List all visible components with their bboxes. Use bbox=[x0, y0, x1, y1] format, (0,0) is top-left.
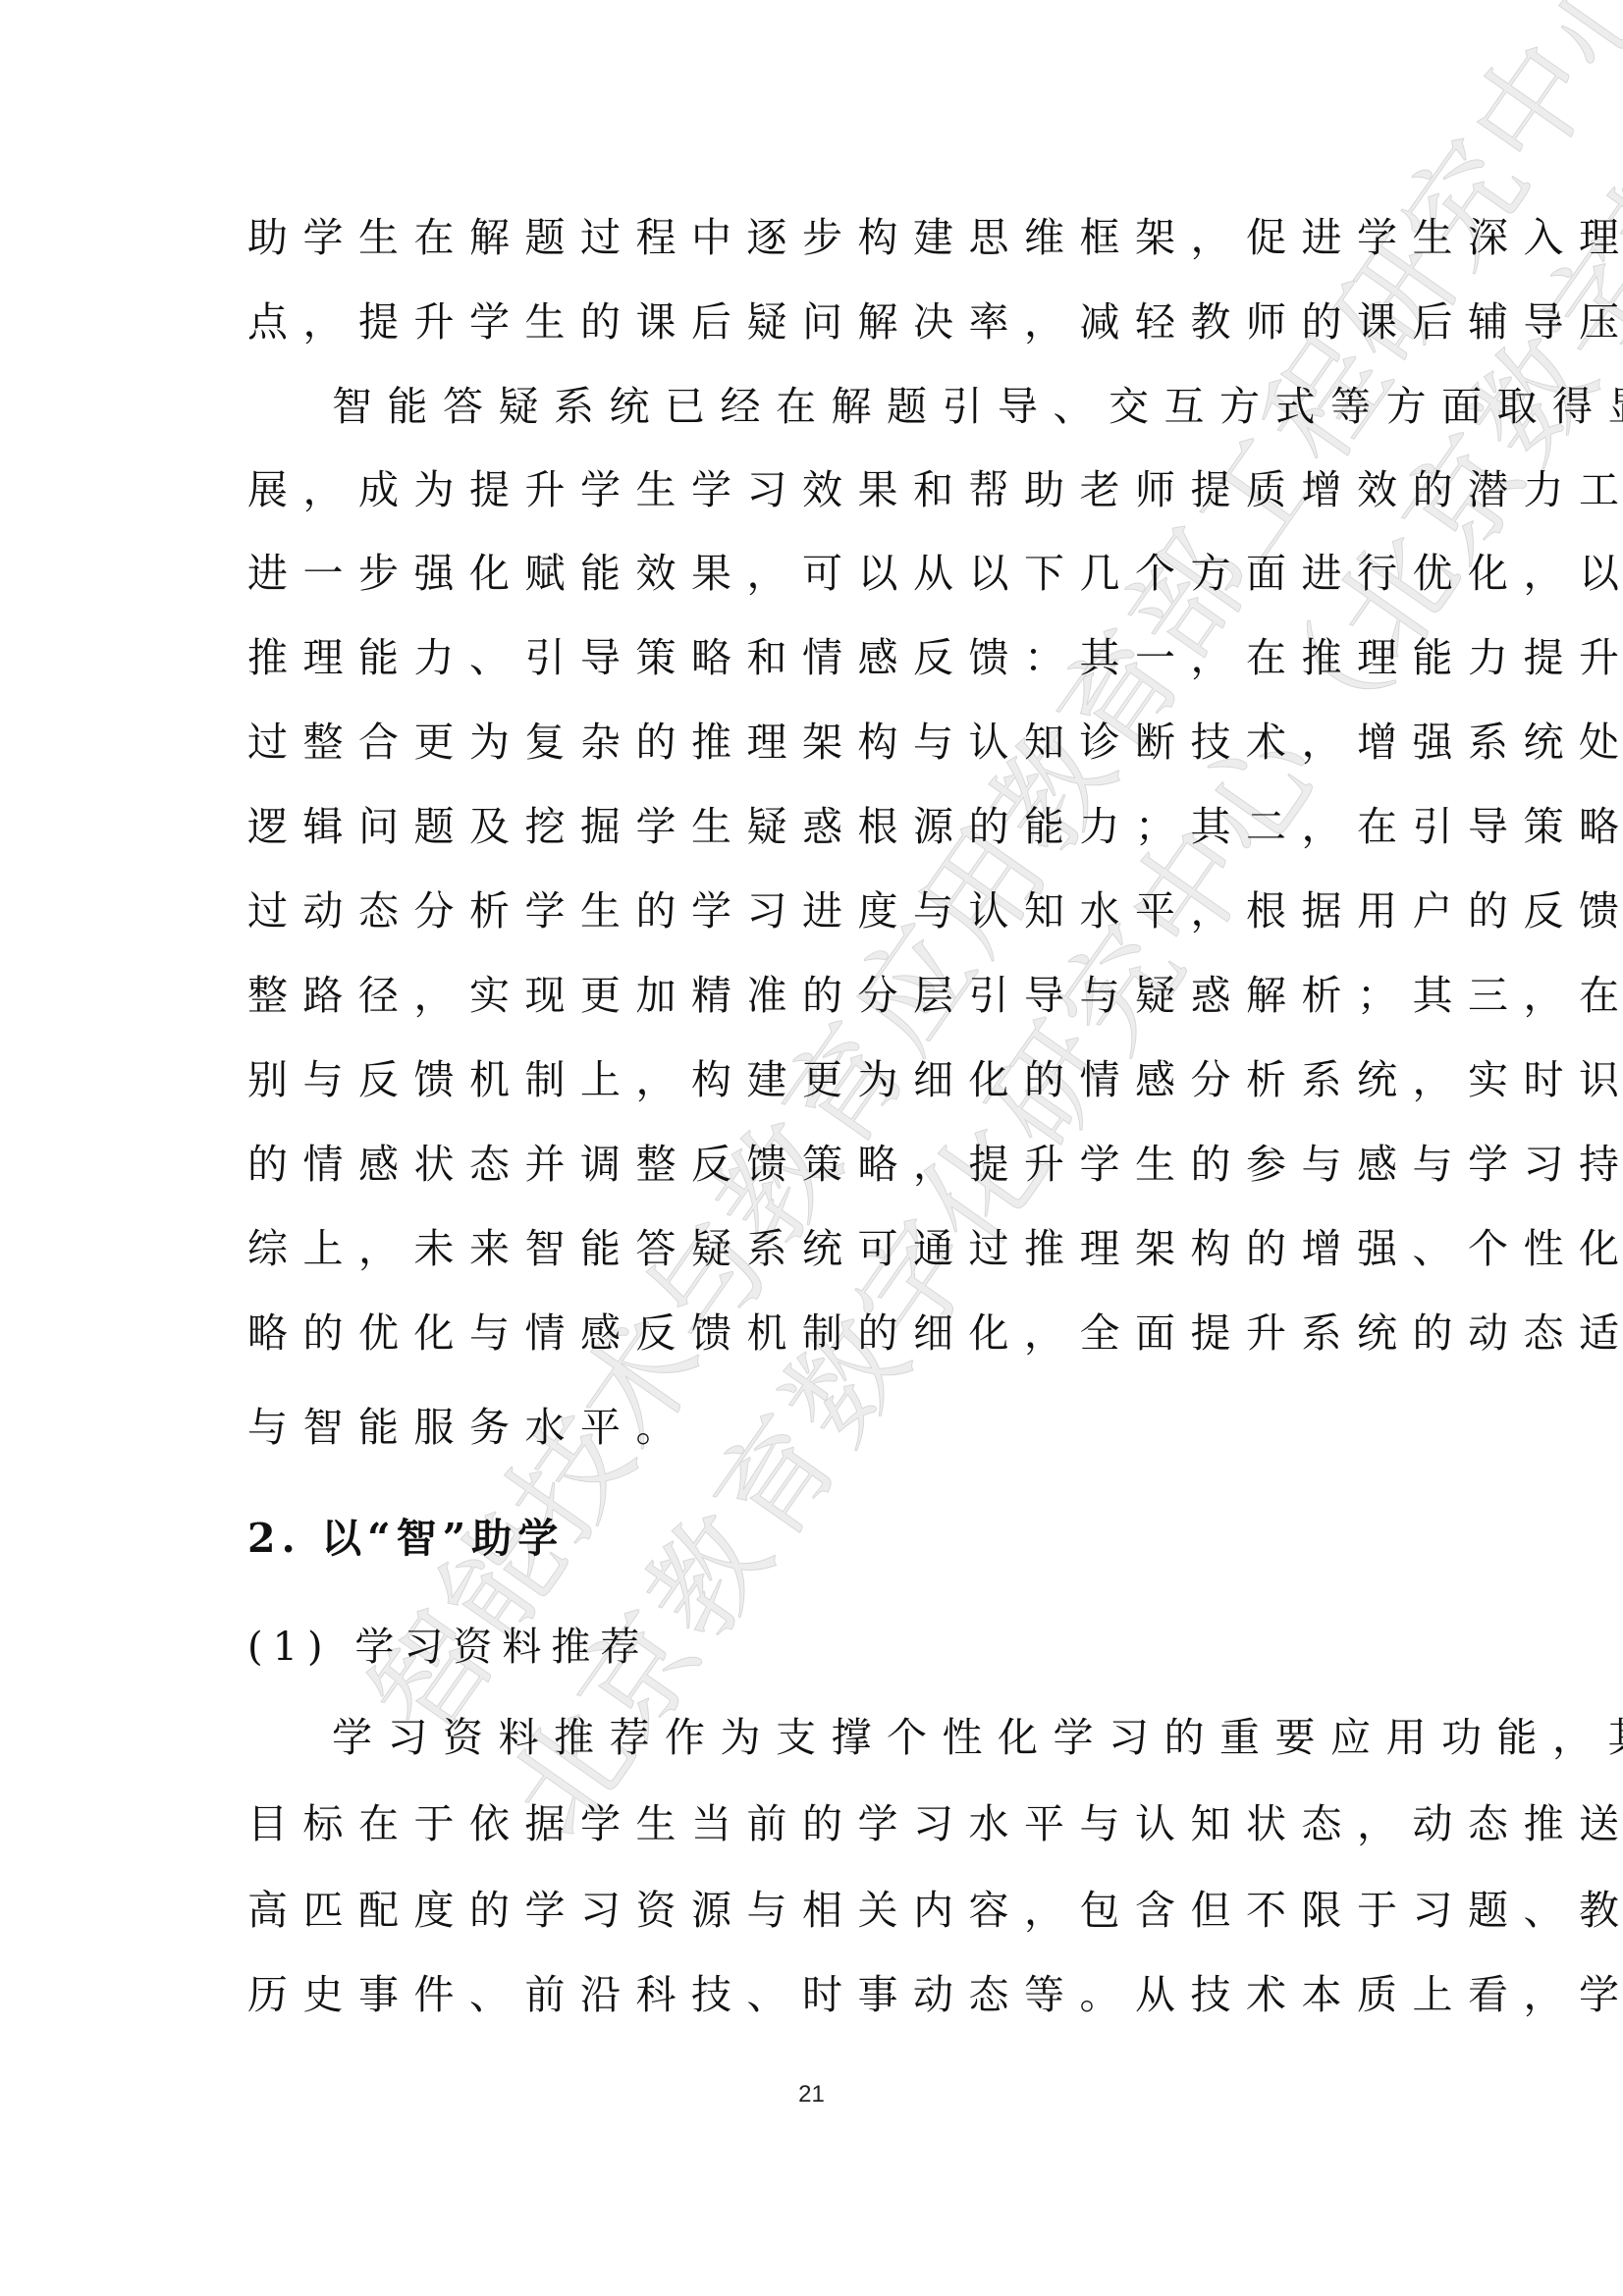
body-line: 高匹配度的学习资源与相关内容，包含但不限于习题、教学视频、 bbox=[247, 1867, 1386, 1953]
paragraph-start-line: 学习资料推荐作为支撑个性化学习的重要应用功能，其核心 bbox=[332, 1694, 1471, 1781]
body-line: 进一步强化赋能效果，可以从以下几个方面进行优化，以增强其 bbox=[247, 530, 1386, 616]
body-line: 略的优化与情感反馈机制的细化，全面提升系统的动态适应能力 bbox=[247, 1290, 1386, 1376]
body-line: 综上，未来智能答疑系统可通过推理架构的增强、个性化引导策 bbox=[247, 1205, 1386, 1292]
body-line: 点，提升学生的课后疑问解决率，减轻教师的课后辅导压力。 bbox=[247, 279, 1386, 365]
body-line: 过动态分析学生的学习进度与认知水平，根据用户的反馈适时调 bbox=[247, 868, 1386, 954]
body-line: 展，成为提升学生学习效果和帮助老师提质增效的潜力工具。为 bbox=[247, 447, 1386, 533]
body-line: 目标在于依据学生当前的学习水平与认知状态，动态推送个性化、 bbox=[247, 1781, 1386, 1867]
document-page: 智能技术与教育应用教育部工程研究中心 北京教育数字化研究中心（北京数字教育馆） … bbox=[0, 0, 1623, 2296]
paragraph-start-line: 智能答疑系统已经在解题引导、交互方式等方面取得显著进 bbox=[332, 363, 1471, 450]
body-line: 整路径，实现更加精准的分层引导与疑惑解析；其三，在情感识 bbox=[247, 952, 1386, 1039]
section-heading: 2. 以“智”助学 bbox=[247, 1495, 564, 1581]
body-line: 的情感状态并调整反馈策略，提升学生的参与感与学习持续性。 bbox=[247, 1121, 1386, 1207]
body-line: 过整合更为复杂的推理架构与认知诊断技术，增强系统处理复杂 bbox=[247, 699, 1386, 785]
subsection-heading: (1) 学习资料推荐 bbox=[247, 1604, 649, 1690]
body-line: 历史事件、前沿科技、时事动态等。从技术本质上看，学习资料 bbox=[247, 1951, 1386, 2038]
body-line: 别与反馈机制上，构建更为细化的情感分析系统，实时识别学生 bbox=[247, 1037, 1386, 1123]
body-line: 逻辑问题及挖掘学生疑惑根源的能力；其二，在引导策略上，通 bbox=[247, 783, 1386, 870]
page-number: 21 bbox=[0, 2081, 1623, 2109]
body-line: 助学生在解题过程中逐步构建思维框架，促进学生深入理解知识 bbox=[247, 194, 1386, 281]
body-line: 推理能力、引导策略和情感反馈：其一，在推理能力提升上，通 bbox=[247, 614, 1386, 701]
body-line: 与智能服务水平。 bbox=[247, 1384, 1386, 1470]
